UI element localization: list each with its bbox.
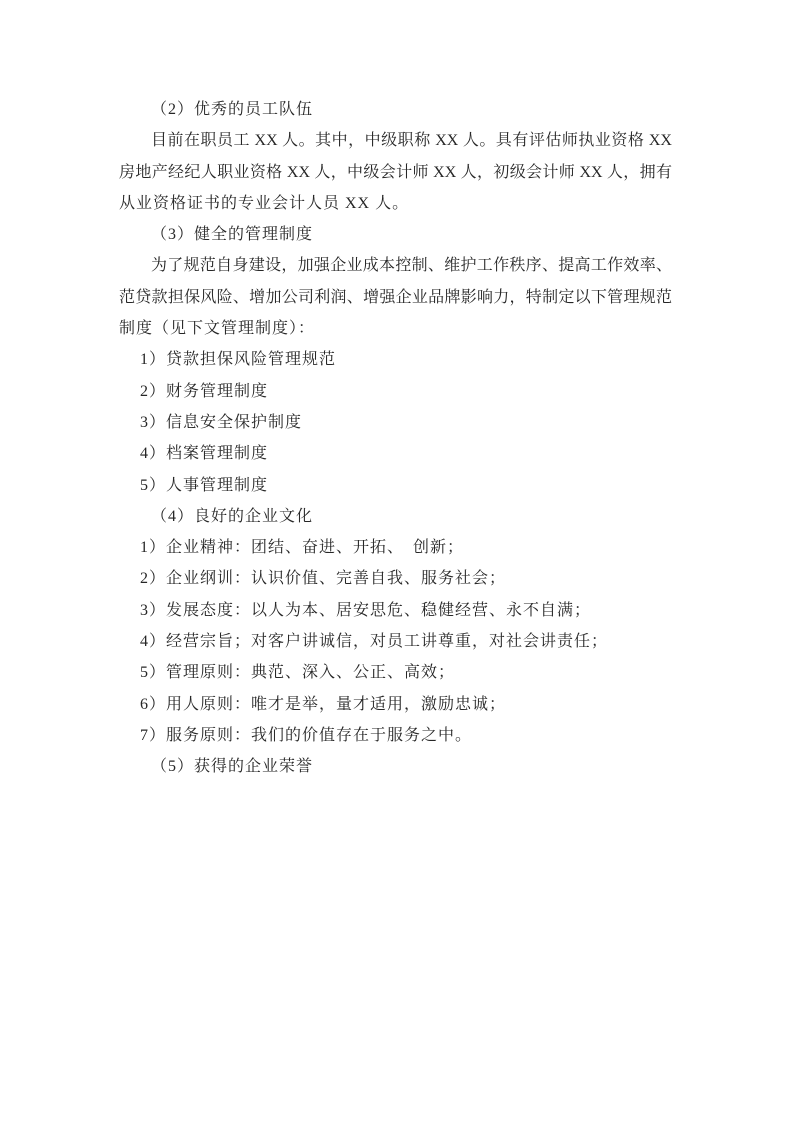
document-line: （4）良好的企业文化 — [119, 501, 672, 532]
document-line: 制度（见下文管理制度）： — [119, 313, 672, 344]
document-line: 房地产经纪人职业资格 XX 人，中级会计师 XX 人，初级会计师 XX 人，拥有… — [119, 157, 672, 188]
document-line: 4）经营宗旨；对客户讲诚信，对员工讲尊重，对社会讲责任； — [119, 626, 672, 657]
document-body: （2）优秀的员工队伍目前在职员工 XX 人。其中，中级职称 XX 人。具有评估师… — [119, 94, 672, 783]
document-line: 5）管理原则：典范、深入、公正、高效； — [119, 657, 672, 688]
document-line: 3）信息安全保护制度 — [119, 407, 672, 438]
document-line: 范贷款担保风险、增加公司利润、增强企业品牌影响力，特制定以下管理规范和 — [119, 282, 672, 313]
document-line: 为了规范自身建设，加强企业成本控制、维护工作秩序、提高工作效率、防 — [119, 250, 672, 281]
document-line: 1）企业精神：团结、奋进、开拓、 创新； — [119, 532, 672, 563]
document-line: 1）贷款担保风险管理规范 — [119, 344, 672, 375]
document-page: （2）优秀的员工队伍目前在职员工 XX 人。其中，中级职称 XX 人。具有评估师… — [0, 0, 793, 1122]
document-line: 6）用人原则：唯才是举，量才适用，激励忠诚； — [119, 689, 672, 720]
document-line: 7）服务原则：我们的价值存在于服务之中。 — [119, 720, 672, 751]
document-line: （5）获得的企业荣誉 — [119, 751, 672, 782]
document-line: 3）发展态度：以人为本、居安思危、稳健经营、永不自满； — [119, 595, 672, 626]
document-line: 5）人事管理制度 — [119, 470, 672, 501]
document-line: （3）健全的管理制度 — [119, 219, 672, 250]
document-line: 目前在职员工 XX 人。其中，中级职称 XX 人。具有评估师执业资格 XX 人， — [119, 125, 672, 156]
document-line: 2）企业纲训：认识价值、完善自我、服务社会； — [119, 563, 672, 594]
document-line: 从业资格证书的专业会计人员 XX 人。 — [119, 188, 672, 219]
document-line: 2）财务管理制度 — [119, 376, 672, 407]
document-line: 4）档案管理制度 — [119, 438, 672, 469]
document-line: （2）优秀的员工队伍 — [119, 94, 672, 125]
